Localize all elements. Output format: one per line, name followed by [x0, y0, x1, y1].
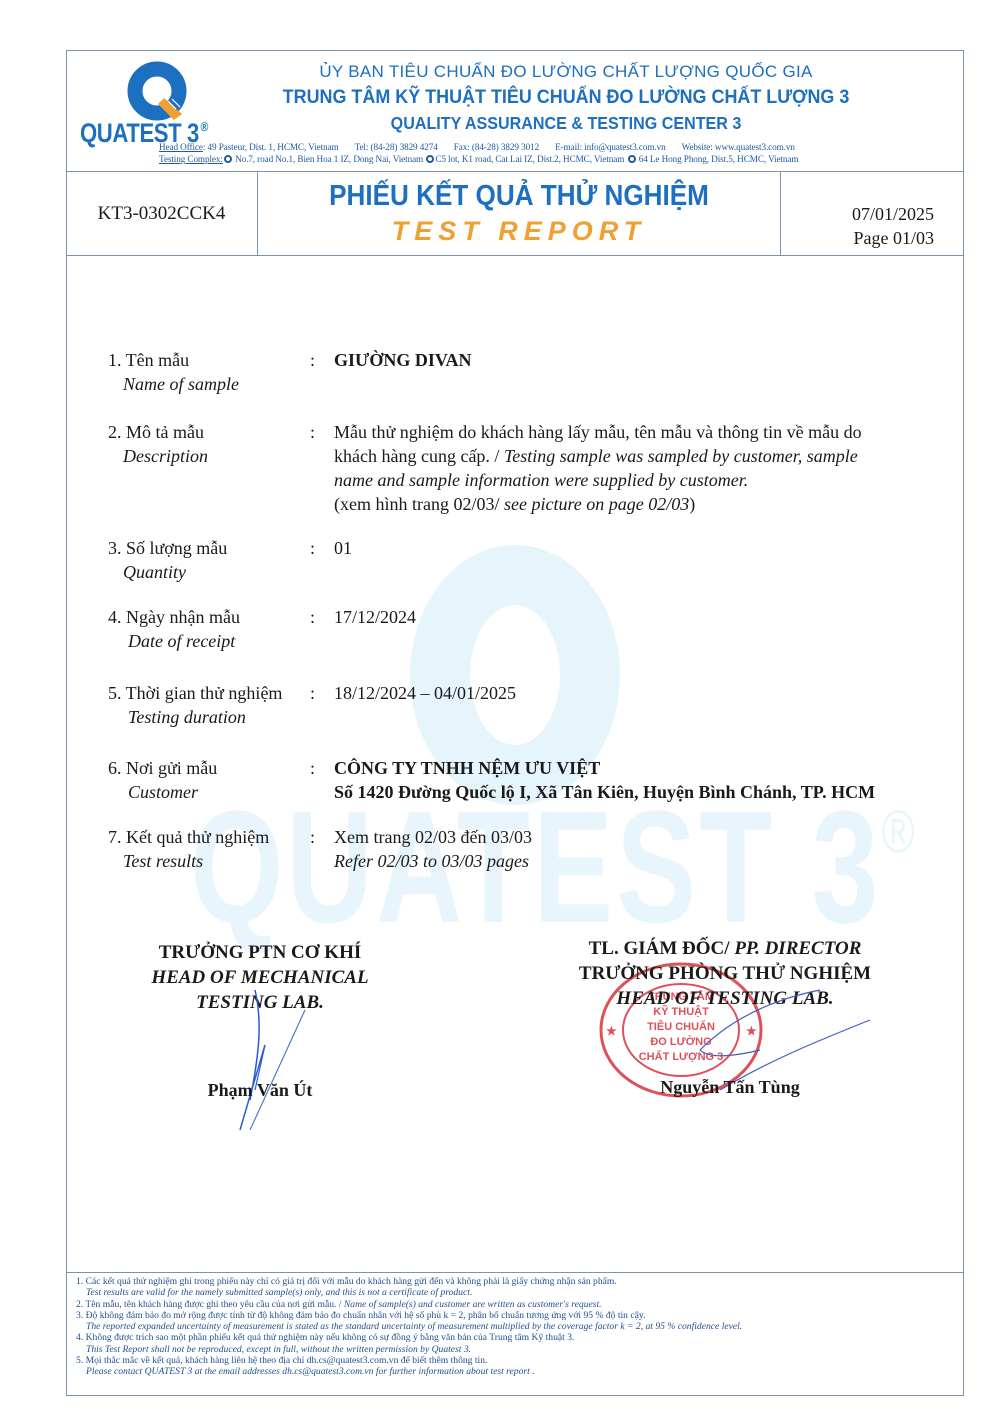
test-results-value: Xem trang 02/03 đến 03/03 Refer 02/03 to…	[334, 825, 944, 873]
org-committee-name: ỦY BAN TIÊU CHUẨN ĐO LƯỜNG CHẤT LƯỢNG QU…	[196, 62, 936, 82]
date-of-receipt-value: 17/12/2024	[334, 605, 944, 629]
sample-name-value: GIƯỜNG DIVAN	[334, 348, 944, 372]
page-number: Page 01/03	[854, 228, 935, 249]
report-title-band: KT3-0302CCK4 PHIẾU KẾT QUẢ THỬ NGHIỆM TE…	[66, 172, 964, 256]
head-office-contact: Head Office: 49 Pasteur, Dist. 1, HCMC, …	[159, 142, 795, 152]
report-date: 07/01/2025	[852, 204, 934, 225]
quantity-value: 01	[334, 536, 944, 560]
report-code: KT3-0302CCK4	[66, 172, 258, 256]
website-link[interactable]: Website: www.quatest3.com.vn	[682, 142, 795, 152]
location-pin-icon	[628, 155, 636, 163]
handwritten-signature-left	[210, 990, 330, 1130]
testing-duration-value: 18/12/2024 – 04/01/2025	[334, 681, 944, 705]
report-title-vi: PHIẾU KẾT QUẢ THỬ NGHIỆM	[284, 180, 754, 213]
footer-notes: 1. Các kết quả thử nghiệm ghi trong phiế…	[66, 1272, 964, 1396]
customer-value: CÔNG TY TNHH NỆM ƯU VIỆT Số 1420 Đường Q…	[334, 756, 974, 804]
description-value: Mẫu thử nghiệm do khách hàng lấy mẫu, tê…	[334, 420, 944, 516]
letterhead: QUATEST 3® ỦY BAN TIÊU CHUẨN ĐO LƯỜNG CH…	[66, 50, 964, 172]
report-date-page: 07/01/2025 Page 01/03	[781, 172, 964, 256]
org-center-name-en: QUALITY ASSURANCE & TESTING CENTER 3	[226, 113, 907, 134]
location-pin-icon	[426, 155, 434, 163]
signatory-name-left: Phạm Văn Út	[190, 1080, 330, 1101]
svg-text:★: ★	[606, 1024, 617, 1038]
org-center-name-vi: TRUNG TÂM KỸ THUẬT TIÊU CHUẨN ĐO LƯỜNG C…	[226, 86, 907, 109]
report-title-en: TEST REPORT	[258, 216, 780, 247]
quatest-q-logo-icon	[126, 60, 188, 122]
signatory-name-right: Nguyễn Tấn Tùng	[640, 1077, 820, 1098]
customer-name: CÔNG TY TNHH NỆM ƯU VIỆT	[334, 756, 974, 780]
location-pin-icon	[224, 155, 232, 163]
customer-address: Số 1420 Đường Quốc lộ I, Xã Tân Kiên, Hu…	[334, 780, 974, 804]
email-link[interactable]: E-mail: info@quatest3.com.vn	[555, 142, 666, 152]
testing-complex-addresses: Testing Complex: No.7, road No.1, Bien H…	[159, 154, 798, 164]
report-title: PHIẾU KẾT QUẢ THỬ NGHIỆM TEST REPORT	[258, 172, 781, 256]
